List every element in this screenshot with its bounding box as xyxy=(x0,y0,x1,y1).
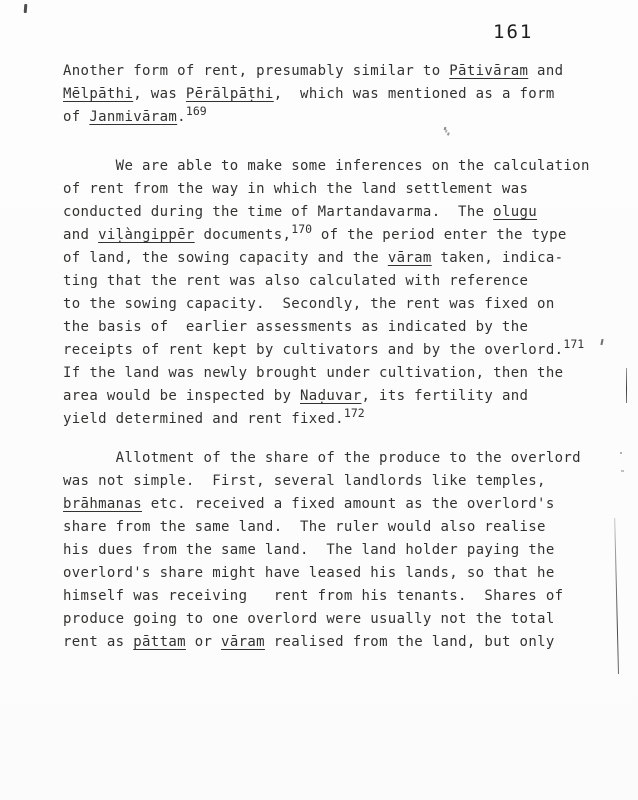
paragraph-p1: Another form of rent, presumably similar… xyxy=(63,60,588,129)
text-line: rent as pāttam or vāram realised from th… xyxy=(63,631,588,654)
scan-artifact-speck-right-2 xyxy=(621,470,624,472)
paragraph-p3: Allotment of the share of the produce to… xyxy=(63,447,588,654)
text-run: of the period enter the type xyxy=(312,227,567,243)
text-line: to the sowing capacity. Secondly, the re… xyxy=(63,293,588,316)
text-line: Another form of rent, presumably similar… xyxy=(63,60,588,83)
footnote-reference: 171 xyxy=(563,337,584,351)
text-run: realised from the land, but only xyxy=(265,634,555,650)
text-run: was not simple. First, several landlords… xyxy=(63,473,546,489)
underlined-term: vāram xyxy=(221,634,265,650)
text-run: produce going to one overlord were usual… xyxy=(63,611,555,627)
page-number: 161 xyxy=(493,21,533,43)
text-line: Mēlpāthi, was Pērālpāṭhi, which was ment… xyxy=(63,83,588,106)
underlined-term: olugu xyxy=(493,204,537,220)
scan-artifact-speck-right-1 xyxy=(620,452,622,454)
underlined-term: Pātivāram xyxy=(449,63,528,79)
text-run: overlord's share might have leased his l… xyxy=(63,565,555,581)
text-run: himself was receiving rent from his tena… xyxy=(63,588,563,604)
text-run: area would be inspected by xyxy=(63,388,300,404)
text-run: of xyxy=(63,109,89,125)
text-run: share from the same land. The ruler woul… xyxy=(63,519,546,535)
text-line: of land, the sowing capacity and the vār… xyxy=(63,247,588,270)
text-line: of rent from the way in which the land s… xyxy=(63,178,588,201)
text-run: to the sowing capacity. Secondly, the re… xyxy=(63,296,555,312)
text-run: , which was mentioned as a form xyxy=(274,86,555,102)
underlined-term: viḷàngippēr xyxy=(98,227,195,243)
text-run: Another form of rent, presumably similar… xyxy=(63,63,449,79)
text-line: area would be inspected by Naḍuvar, its … xyxy=(63,385,588,408)
text-run: , was xyxy=(133,86,186,102)
text-run: and xyxy=(528,63,563,79)
text-run: If the land was newly brought under cult… xyxy=(63,365,563,381)
underlined-term: vāram xyxy=(388,250,432,266)
text-run: of land, the sowing capacity and the xyxy=(63,250,388,266)
text-run: . xyxy=(177,109,186,125)
text-line: himself was receiving rent from his tena… xyxy=(63,585,588,608)
text-line: the basis of earlier assessments as indi… xyxy=(63,316,588,339)
underlined-term: pāttam xyxy=(133,634,186,650)
text-run: conducted during the time of Martandavar… xyxy=(63,204,493,220)
footnote-reference: 169 xyxy=(186,104,207,118)
underlined-term: Naḍuvar xyxy=(300,388,361,404)
text-run: Allotment of the share of the produce to… xyxy=(63,450,581,466)
text-run: the basis of earlier assessments as indi… xyxy=(63,319,528,335)
underlined-term: Pērālpāṭhi xyxy=(186,86,274,102)
paragraph-p2: We are able to make some inferences on t… xyxy=(63,155,588,431)
scan-artifact-speck-top-left xyxy=(24,4,28,13)
text-run: of rent from the way in which the land s… xyxy=(63,181,528,197)
underlined-term: Janmivāram xyxy=(89,109,177,125)
text-line: If the land was newly brought under cult… xyxy=(63,362,588,385)
text-line: brāhmanas etc. received a fixed amount a… xyxy=(63,493,588,516)
text-line: ting that the rent was also calculated w… xyxy=(63,270,588,293)
text-line: of Janmivāram.169 xyxy=(63,106,588,129)
text-line: was not simple. First, several landlords… xyxy=(63,470,588,493)
text-run: his dues from the same land. The land ho… xyxy=(63,542,555,558)
footnote-reference: 170 xyxy=(291,222,312,236)
scan-artifact-tick xyxy=(600,339,603,345)
underlined-term: Mēlpāthi xyxy=(63,86,133,102)
text-line: and viḷàngippēr documents,170 of the per… xyxy=(63,224,588,247)
text-run: , its fertility and xyxy=(361,388,528,404)
text-line: Allotment of the share of the produce to… xyxy=(63,447,588,470)
scan-artifact-edge-line-long xyxy=(614,518,619,674)
text-line: yield determined and rent fixed.172 xyxy=(63,408,588,431)
text-run: We are able to make some inferences on t… xyxy=(63,158,590,174)
scan-artifact-edge-line-short xyxy=(626,368,627,403)
text-run: and xyxy=(63,227,98,243)
text-run: ting that the rent was also calculated w… xyxy=(63,273,528,289)
footnote-reference: 172 xyxy=(344,406,365,420)
text-line: produce going to one overlord were usual… xyxy=(63,608,588,631)
scanned-page: 161 Another form of rent, presumably sim… xyxy=(0,0,638,800)
text-line: We are able to make some inferences on t… xyxy=(63,155,588,178)
text-run: documents, xyxy=(195,227,292,243)
text-run: taken, indica- xyxy=(432,250,564,266)
text-line: receipts of rent kept by cultivators and… xyxy=(63,339,588,362)
document-body: Another form of rent, presumably similar… xyxy=(63,60,588,654)
text-run: or xyxy=(186,634,221,650)
text-line: his dues from the same land. The land ho… xyxy=(63,539,588,562)
text-run: etc. received a fixed amount as the over… xyxy=(142,496,555,512)
text-line: overlord's share might have leased his l… xyxy=(63,562,588,585)
text-line: conducted during the time of Martandavar… xyxy=(63,201,588,224)
underlined-term: brāhmanas xyxy=(63,496,142,512)
text-run: receipts of rent kept by cultivators and… xyxy=(63,342,563,358)
text-run: rent as xyxy=(63,634,133,650)
text-run: yield determined and rent fixed. xyxy=(63,411,344,427)
text-line: share from the same land. The ruler woul… xyxy=(63,516,588,539)
